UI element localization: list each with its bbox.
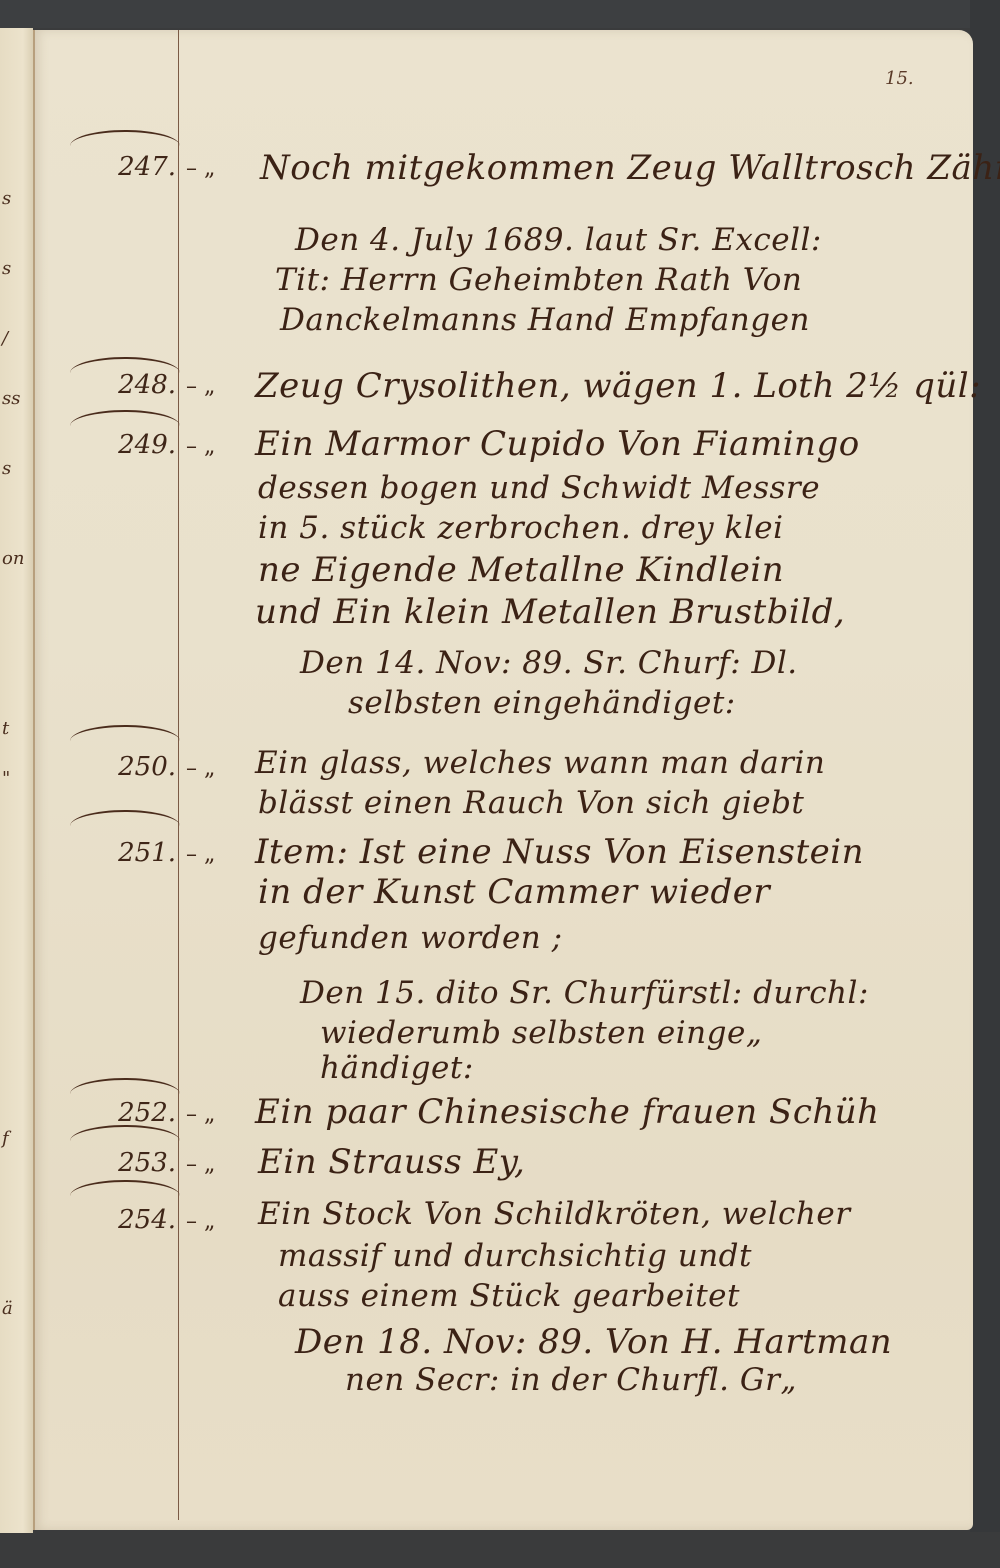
entry-number: 247.	[96, 152, 176, 182]
entry-text-line: gefunden worden ;	[258, 920, 563, 956]
entry-text-line: Ein Strauss Ey,	[258, 1142, 525, 1182]
entry-text-line: Noch mitgekommen Zeug Walltrosch Zähne	[260, 148, 1000, 188]
entry-dash: – „	[186, 842, 215, 867]
facing-text-fragment: ss	[2, 388, 20, 409]
entry-text-line: Ein Marmor Cupido Von Fiamingo	[255, 424, 860, 464]
note-text-line: wiederumb selbsten einge„	[320, 1015, 762, 1051]
entry-text-line: Ein glass, welches wann man darin	[255, 745, 825, 781]
entry-text-line: auss einem Stück gearbeitet	[278, 1278, 740, 1314]
entry-text-line: in 5. stück zerbrochen. drey klei	[258, 510, 784, 546]
entry-number: 249.	[96, 430, 176, 460]
facing-text-fragment: "	[2, 768, 10, 789]
entry-text-line: blässt einen Rauch Von sich giebt	[258, 785, 804, 821]
facing-page-edge: s s / ss s on t " f ä	[0, 28, 33, 1533]
note-text-line: nen Secr: in der Churfl. Gr„	[345, 1362, 797, 1398]
entry-dash: – „	[186, 756, 215, 781]
entry-text-line: massif und durchsichtig undt	[278, 1238, 752, 1274]
entry-number: 248.	[96, 370, 176, 400]
facing-text-fragment: f	[2, 1128, 9, 1149]
entry-number: 253.	[96, 1148, 176, 1178]
folio-number: 15.	[885, 68, 914, 89]
entry-dash: – „	[186, 156, 215, 181]
entry-text-line: Ein paar Chinesische frauen Schüh	[255, 1092, 880, 1132]
entry-text-line: Item: Ist eine Nuss Von Eisenstein	[255, 832, 864, 872]
entry-text-line: Ein Stock Von Schildkröten, welcher	[258, 1196, 851, 1232]
scan-background-right	[970, 0, 1000, 1568]
entry-text-line: dessen bogen und Schwidt Messre	[258, 470, 820, 506]
facing-text-fragment: on	[2, 548, 24, 569]
entry-number: 251.	[96, 838, 176, 868]
note-text-line: Tit: Herrn Geheimbten Rath Von	[275, 262, 802, 298]
facing-text-fragment: /	[2, 328, 8, 349]
facing-text-fragment: ä	[2, 1298, 13, 1319]
note-text-line: Den 15. dito Sr. Churfürstl: durchl:	[300, 975, 869, 1011]
entry-dash: – „	[186, 434, 215, 459]
facing-text-fragment: t	[2, 718, 9, 739]
entry-text-line: ne Eigende Metallne Kindlein	[258, 550, 784, 590]
entry-dash: – „	[186, 1152, 215, 1177]
note-text-line: Den 4. July 1689. laut Sr. Excell:	[295, 222, 822, 258]
scan-background-bottom	[0, 1532, 1000, 1568]
entry-number: 254.	[96, 1205, 176, 1235]
margin-rule	[178, 30, 179, 1520]
entry-dash: – „	[186, 1102, 215, 1127]
entry-text-line: Zeug Crysolithen, wägen 1. Loth 2½ qül:	[255, 366, 981, 406]
entry-dash: – „	[186, 374, 215, 399]
page-gutter	[33, 30, 35, 1530]
entry-text-line: und Ein klein Metallen Brustbild,	[255, 592, 845, 632]
entry-text-line: in der Kunst Cammer wieder	[258, 872, 770, 912]
note-text-line: Den 18. Nov: 89. Von H. Hartman	[295, 1322, 892, 1362]
note-text-line: händiget:	[320, 1050, 474, 1086]
entry-dash: – „	[186, 1209, 215, 1234]
facing-text-fragment: s	[2, 458, 11, 479]
scan-background-top	[0, 0, 1000, 28]
facing-text-fragment: s	[2, 188, 11, 209]
facing-text-fragment: s	[2, 258, 11, 279]
note-text-line: Den 14. Nov: 89. Sr. Churf: Dl.	[300, 645, 798, 681]
entry-number: 250.	[96, 752, 176, 782]
entry-number: 252.	[96, 1098, 176, 1128]
note-text-line: Danckelmanns Hand Empfangen	[280, 302, 810, 338]
note-text-line: selbsten eingehändiget:	[348, 685, 736, 721]
